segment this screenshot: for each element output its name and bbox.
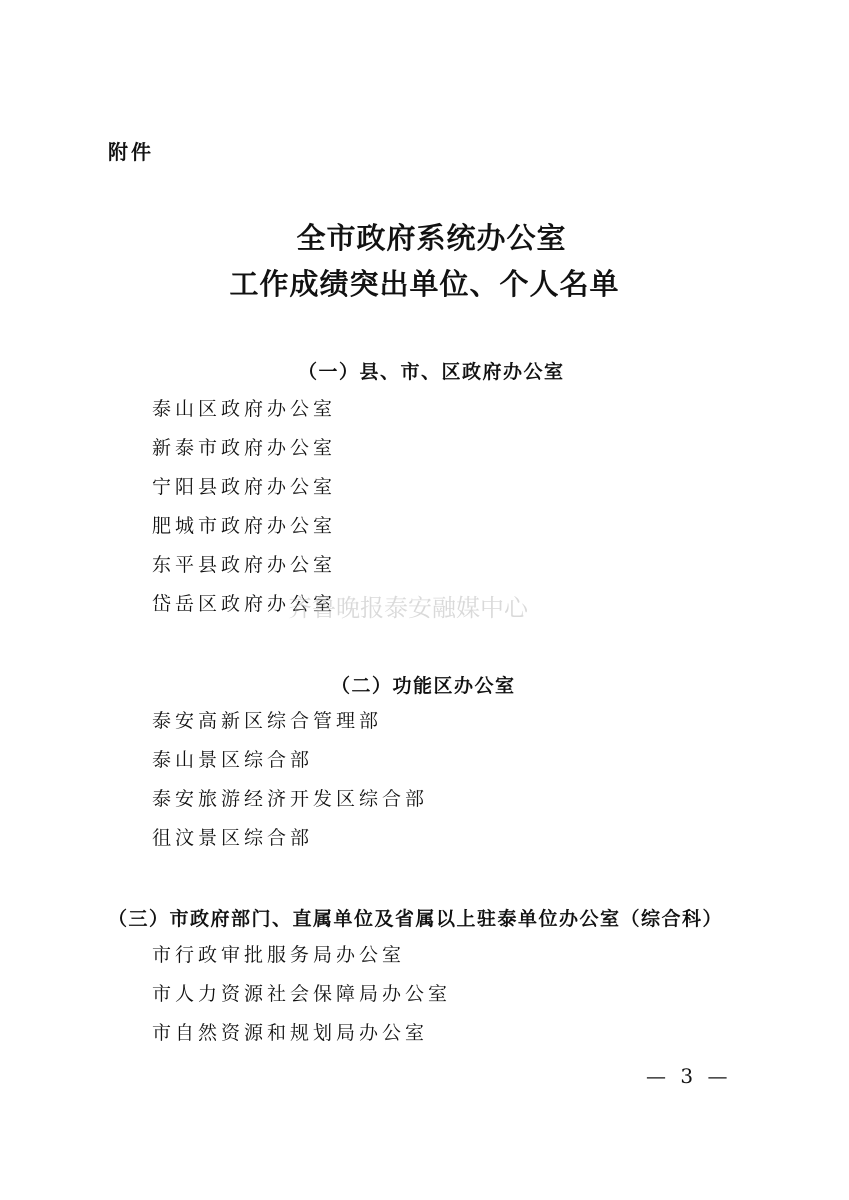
list-item: 泰安高新区综合管理部 xyxy=(152,708,428,747)
section-heading-municipal-departments: （三）市政府部门、直属单位及省属以上驻泰单位办公室（综合科） xyxy=(108,904,723,931)
list-item: 泰山区政府办公室 xyxy=(152,396,336,435)
list-item: 徂汶景区综合部 xyxy=(152,825,428,864)
attachment-label: 附件 xyxy=(108,136,154,165)
section-heading-county-offices: （一）县、市、区政府办公室 xyxy=(298,357,565,384)
section-list-functional-zones: 泰安高新区综合管理部 泰山景区综合部 泰安旅游经济开发区综合部 徂汶景区综合部 xyxy=(152,708,428,864)
list-item: 市人力资源社会保障局办公室 xyxy=(152,981,451,1020)
document-page: 附件 全市政府系统办公室 工作成绩突出单位、个人名单 （一）县、市、区政府办公室… xyxy=(0,0,849,1200)
list-item: 岱岳区政府办公室 xyxy=(152,591,336,630)
list-item: 泰安旅游经济开发区综合部 xyxy=(152,786,428,825)
page-number: — 3 — xyxy=(646,1064,731,1088)
list-item: 泰山景区综合部 xyxy=(152,747,428,786)
document-title-line-2: 工作成绩突出单位、个人名单 xyxy=(0,262,849,303)
list-item: 新泰市政府办公室 xyxy=(152,435,336,474)
list-item: 市自然资源和规划局办公室 xyxy=(152,1020,451,1059)
section-heading-functional-zones: （二）功能区办公室 xyxy=(331,671,516,698)
list-item: 宁阳县政府办公室 xyxy=(152,474,336,513)
section-list-county-offices: 泰山区政府办公室 新泰市政府办公室 宁阳县政府办公室 肥城市政府办公室 东平县政… xyxy=(152,396,336,630)
list-item: 东平县政府办公室 xyxy=(152,552,336,591)
list-item: 肥城市政府办公室 xyxy=(152,513,336,552)
document-title-line-1: 全市政府系统办公室 xyxy=(7,216,849,257)
list-item: 市行政审批服务局办公室 xyxy=(152,942,451,981)
section-list-municipal-departments: 市行政审批服务局办公室 市人力资源社会保障局办公室 市自然资源和规划局办公室 xyxy=(152,942,451,1059)
